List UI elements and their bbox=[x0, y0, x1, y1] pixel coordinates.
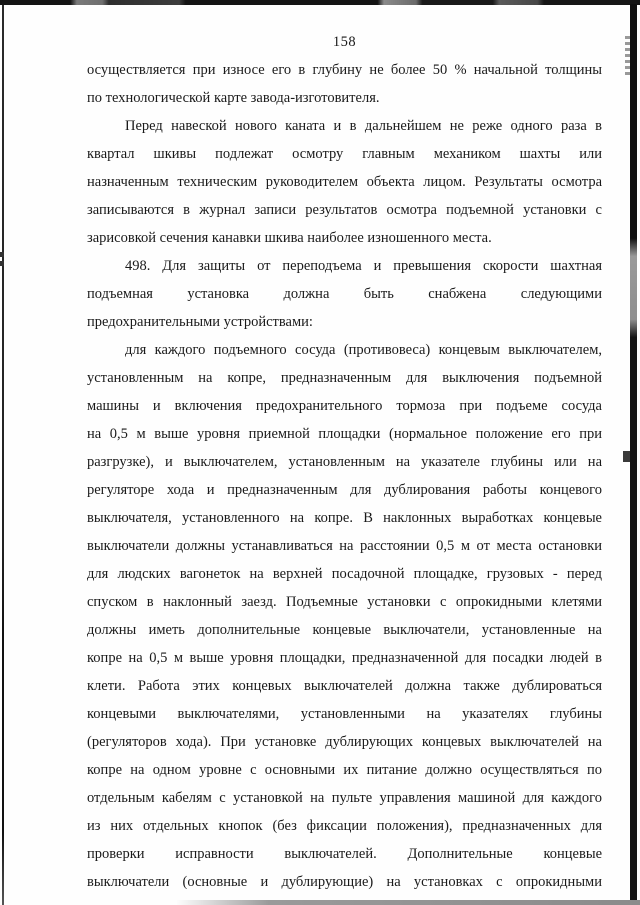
text-line: для каждого подъемного сосуда (противове… bbox=[87, 336, 602, 364]
text-line: Перед навеской нового каната и в дальней… bbox=[87, 112, 602, 140]
text-line: клети. Работа этих концевых выключателей… bbox=[87, 672, 602, 700]
text-line: должны иметь дополнительные концевые вык… bbox=[87, 616, 602, 644]
text-line: зарисовкой сечения канавки шкива наиболе… bbox=[87, 224, 602, 252]
text-line: разгрузке), и выключателем, установленны… bbox=[87, 448, 602, 476]
text-line: копре на 0,5 м выше уровня площадки, пре… bbox=[87, 644, 602, 672]
text-line: 498. Для защиты от переподъема и превыше… bbox=[87, 252, 602, 280]
scan-edge-left bbox=[2, 5, 4, 905]
text-line: машины и включения предохранительного то… bbox=[87, 392, 602, 420]
text-line: (регуляторов хода). При установке дублир… bbox=[87, 728, 602, 756]
text-line: отдельным кабелям с установкой на пульте… bbox=[87, 784, 602, 812]
text-line: выключателя, установленного на копре. В … bbox=[87, 504, 602, 532]
scanned-document-page: 158 осуществляется при износе его в глуб… bbox=[0, 0, 640, 905]
scan-edge-bottom-right bbox=[176, 900, 640, 905]
text-line: подъемная установка должна быть снабжена… bbox=[87, 280, 602, 308]
scan-notch-left bbox=[0, 252, 4, 270]
text-line: установленным на копре, предназначенным … bbox=[87, 364, 602, 392]
scan-edge-right bbox=[630, 4, 637, 905]
text-line: концевыми выключателями, установленными … bbox=[87, 700, 602, 728]
scan-edge-top bbox=[0, 0, 640, 5]
text-line: осуществляется при износе его в глубину … bbox=[87, 56, 602, 84]
text-line: по технологической карте завода-изготови… bbox=[87, 84, 602, 112]
text-line: назначенным техническим руководителем об… bbox=[87, 168, 602, 196]
scan-tick-right bbox=[623, 451, 630, 462]
text-line: для людских вагонеток на верхней посадоч… bbox=[87, 560, 602, 588]
text-line: записываются в журнал записи результатов… bbox=[87, 196, 602, 224]
text-line: спуском в наклонный заезд. Подъемные уст… bbox=[87, 588, 602, 616]
text-line: квартал шкивы подлежат осмотру главным м… bbox=[87, 140, 602, 168]
text-line: предохранительными устройствами: bbox=[87, 308, 602, 336]
text-line: выключатели (основные и дублирующие) на … bbox=[87, 868, 602, 896]
document-lines: осуществляется при износе его в глубину … bbox=[87, 56, 602, 896]
scan-serration-right bbox=[625, 36, 630, 76]
text-line: выключатели должны устанавливаться на ра… bbox=[87, 532, 602, 560]
text-line: проверки исправности выключателей. Допол… bbox=[87, 840, 602, 868]
text-line: из них отдельных кнопок (без фиксации по… bbox=[87, 812, 602, 840]
text-line: на 0,5 м выше уровня приемной площадки (… bbox=[87, 420, 602, 448]
text-line: копре на одном уровне с основными их пит… bbox=[87, 756, 602, 784]
page-number: 158 bbox=[87, 34, 602, 51]
text-line: регуляторе хода и предназначенным для ду… bbox=[87, 476, 602, 504]
